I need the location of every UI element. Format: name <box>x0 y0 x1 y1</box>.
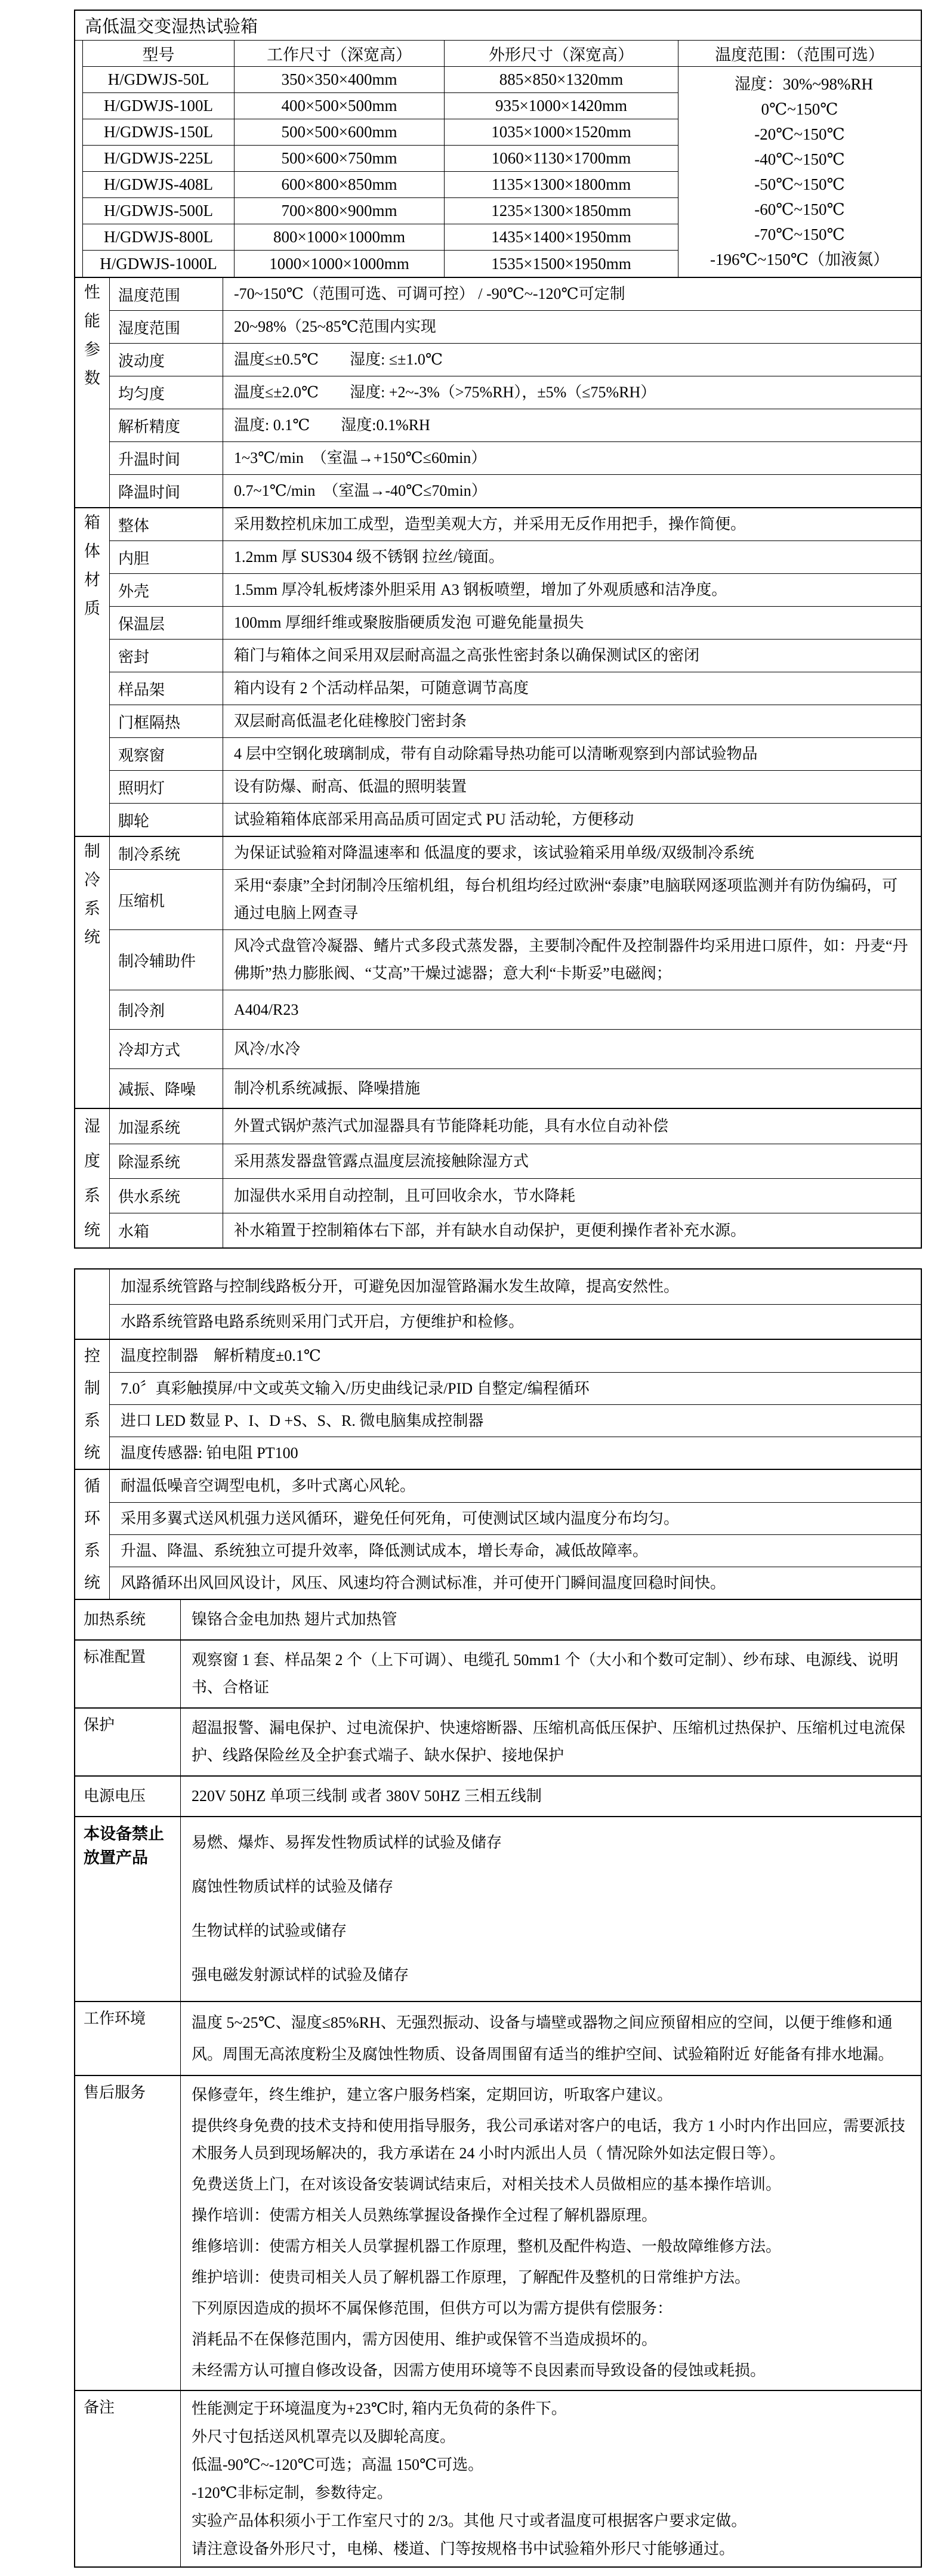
spec-row: 加湿系统管路与控制线路板分开，可避免因加湿管路漏水发生故障，提高安然性。 <box>110 1270 921 1304</box>
spec-row: 升温、降温、系统独立可提升效率，降低测试成本，增长寿命，减低故障率。 <box>110 1534 921 1567</box>
spec-value: 进口 LED 数显 P、I、D +S、S、R. 微电脑集成控制器 <box>110 1405 921 1437</box>
spec-value: 1.5mm 厚冷轧板烤漆外胆采用 A3 钢板喷塑，增加了外观质感和洁净度。 <box>223 574 921 606</box>
spec-value: 20~98%（25~85℃范围内实现 <box>223 311 921 343</box>
spec-row: 温度范围-70~150℃（范围可选、可调可控） / -90℃~-120℃可定制 <box>110 278 921 310</box>
model-outer-size: 1060×1130×1700mm <box>445 146 678 172</box>
spec-value-line: 未经需方认可擅自修改设备，因需方使用环境等不良因素而导致设备的侵蚀或耗损。 <box>192 2357 910 2385</box>
spec-row: 7.0〞真彩触摸屏/中文或英文输入/历史曲线记录/PID 自整定/编程循环 <box>110 1372 921 1404</box>
spec-value: 4 层中空钢化玻璃制成，带有自动除霜导热功能可以清晰观察到内部试验物品 <box>223 738 921 770</box>
spec-value: A404/R23 <box>223 990 921 1029</box>
spec-label: 脚轮 <box>110 804 223 836</box>
section-rows: 加湿系统管路与控制线路板分开，可避免因加湿管路漏水发生故障，提高安然性。 水路系… <box>110 1270 921 1339</box>
spec-label: 加湿系统 <box>110 1109 223 1144</box>
spec-row: 冷却方式风冷/水冷 <box>110 1029 921 1068</box>
temp-option: -50℃~150℃ <box>754 174 845 194</box>
spec-row: 加湿系统外置式锅炉蒸汽式加湿器具有节能降耗功能，具有水位自动补偿 <box>110 1109 921 1144</box>
model-outer-size: 935×1000×1420mm <box>445 93 678 119</box>
spec-label: 内胆 <box>110 541 223 573</box>
spec-value-line: 下列原因造成的损坏不属保修范围，但供方可以为需方提供有偿服务： <box>192 2295 910 2322</box>
models-header-temp-range: 温度范围：（范围可选） <box>678 41 921 67</box>
spec-row: 整体采用数控机床加工成型，造型美观大方，并采用无反作用把手，操作简便。 <box>110 508 921 540</box>
spec-row: 采用多翼式送风机强力送风循环，避免任何死角，可使测试区域内温度分布均匀。 <box>110 1502 921 1534</box>
section-rows: 温度范围-70~150℃（范围可选、可调可控） / -90℃~-120℃可定制 … <box>110 278 921 507</box>
section-refrigeration: 制冷系统 制冷系统为保证试验箱对降温速率和 低温度的要求，该试验箱采用单级/双级… <box>75 836 921 1108</box>
spec-label: 标准配置 <box>75 1641 181 1707</box>
model-work-size: 700×800×900mm <box>235 198 445 224</box>
spec-value-line: 提供终身免费的技术支持和使用指导服务，我公司承诺对客户的电话，我方 1 小时内作… <box>192 2112 910 2167</box>
spec-row: 除湿系统采用蒸发器盘管露点温度层流接触除湿方式 <box>110 1144 921 1178</box>
model-work-size: 400×500×500mm <box>235 93 445 119</box>
spec-label: 保温层 <box>110 607 223 639</box>
spec-value: 为保证试验箱对降温速率和 低温度的要求，该试验箱采用单级/双级制冷系统 <box>223 837 921 869</box>
spec-value: 采用蒸发器盘管露点温度层流接触除湿方式 <box>223 1144 921 1178</box>
spec-value: 采用“泰康”全封闭制冷压缩机组，每台机组均经过欧洲“泰康”电脑联网逐项监测并有防… <box>223 870 921 929</box>
section-side: 箱体材质 <box>75 508 110 836</box>
spec-value-line: 强电磁发射源试样的试验及储存 <box>192 1962 910 1989</box>
spec-value-line: 维修培训：使需方相关人员掌握机器工作原理，整机及配件构造、一般故障维修方法。 <box>192 2233 910 2260</box>
spec-value: 温度控制器 解析精度±0.1℃ <box>110 1340 921 1372</box>
model-outer-size: 885×850×1320mm <box>445 67 678 93</box>
spec-row: 风路循环出风回风设计，风压、风速均符合测试标准，并可使开门瞬间温度回稳时间快。 <box>110 1567 921 1599</box>
row-working-environment: 工作环境 温度 5~25℃、湿度≤85%RH、无强烈振动、设备与墙壁或器物之间应… <box>75 2001 921 2075</box>
spec-label: 制冷辅助件 <box>110 930 223 990</box>
spec-value-line: 维护培训：使贵司相关人员了解机器工作原理，了解配件及整机的日常维护方法。 <box>192 2264 910 2291</box>
spec-value: 箱内设有 2 个活动样品架，可随意调节高度 <box>223 672 921 705</box>
spec-value: 箱门与箱体之间采用双层耐高温之高张性密封条以确保测试区的密闭 <box>223 640 921 672</box>
spec-value: 0.7~1℃/min （室温→-40℃≤70min） <box>223 475 921 507</box>
spec-value: 220V 50HZ 单项三线制 或者 380V 50HZ 三相五线制 <box>181 1777 921 1816</box>
spec-value: 加湿供水采用自动控制，且可回收余水，节水降耗 <box>223 1179 921 1213</box>
spec-row: 耐温低噪音空调型电机，多叶式离心风轮。 <box>110 1470 921 1502</box>
spec-label: 售后服务 <box>75 2076 181 2390</box>
side-vertical-label: 箱体材质 <box>84 508 101 836</box>
model-work-size: 350×350×400mm <box>235 67 445 93</box>
spec-value-line: 低温-90℃~-120℃可选；高温 150℃可选。 <box>192 2451 910 2478</box>
row-remarks: 备注 性能测定于环境温度为+23℃时, 箱内无负荷的条件下。 外尺寸包括送风机罩… <box>75 2390 921 2566</box>
temp-option: -60℃~150℃ <box>754 199 845 220</box>
spec-value: 温度≤±0.5℃ 湿度: ≤±1.0℃ <box>223 344 921 376</box>
section-side: 性能参数 <box>75 278 110 507</box>
model-outer-size: 1135×1300×1800mm <box>445 172 678 198</box>
spec-label: 制冷剂 <box>110 990 223 1029</box>
spec-label: 水箱 <box>110 1213 223 1247</box>
spec-value: 风冷/水冷 <box>223 1030 921 1068</box>
model-name: H/GDWJS-150L <box>83 119 235 146</box>
model-work-size: 600×800×850mm <box>235 172 445 198</box>
model-outer-size: 1035×1000×1520mm <box>445 119 678 146</box>
spec-label: 解析精度 <box>110 409 223 441</box>
spec-row: 制冷系统为保证试验箱对降温速率和 低温度的要求，该试验箱采用单级/双级制冷系统 <box>110 837 921 869</box>
section-side: 控制系统 <box>75 1340 110 1469</box>
spec-value: 1.2mm 厚 SUS304 级不锈钢 拉丝/镜面。 <box>223 541 921 573</box>
section-rows: 制冷系统为保证试验箱对降温速率和 低温度的要求，该试验箱采用单级/双级制冷系统 … <box>110 837 921 1108</box>
spec-row: 密封箱门与箱体之间采用双层耐高温之高张性密封条以确保测试区的密闭 <box>110 639 921 672</box>
spec-value-line: 腐蚀性物质试样的试验及储存 <box>192 1873 910 1901</box>
spec-label: 除湿系统 <box>110 1144 223 1178</box>
spec-row: 供水系统加湿供水采用自动控制，且可回收余水，节水降耗 <box>110 1178 921 1213</box>
spec-row: 样品架箱内设有 2 个活动样品架，可随意调节高度 <box>110 672 921 705</box>
spec-value-line: 请注意设备外形尺寸，电梯、楼道、门等按规格书中试验箱外形尺寸能够通过。 <box>192 2535 910 2562</box>
spec-label: 波动度 <box>110 344 223 376</box>
section-control: 控制系统 温度控制器 解析精度±0.1℃ 7.0〞真彩触摸屏/中文或英文输入/历… <box>75 1339 921 1469</box>
spec-value: 双层耐高低温老化硅橡胶门密封条 <box>223 705 921 737</box>
section-side: 循环系统 <box>75 1470 110 1599</box>
spec-row: 内胆1.2mm 厚 SUS304 级不锈钢 拉丝/镜面。 <box>110 540 921 573</box>
spec-value: 超温报警、漏电保护、过电流保护、快速熔断器、压缩机高低压保护、压缩机过热保护、压… <box>181 1709 921 1775</box>
spec-label: 整体 <box>110 508 223 540</box>
section-rows: 加湿系统外置式锅炉蒸汽式加湿器具有节能降耗功能，具有水位自动补偿 除湿系统采用蒸… <box>110 1109 921 1247</box>
model-work-size: 1000×1000×1000mm <box>235 251 445 277</box>
spec-value: 镍铬合金电加热 翅片式加热管 <box>181 1600 921 1639</box>
side-vertical-label <box>84 1270 101 1339</box>
spec-value: 7.0〞真彩触摸屏/中文或英文输入/历史曲线记录/PID 自整定/编程循环 <box>110 1373 921 1404</box>
model-name: H/GDWJS-500L <box>83 198 235 224</box>
spec-label: 供水系统 <box>110 1179 223 1213</box>
spec-value: 采用多翼式送风机强力送风循环，避免任何死角，可使测试区域内温度分布均匀。 <box>110 1503 921 1534</box>
spec-label: 制冷系统 <box>110 837 223 869</box>
spec-value: 保修壹年，终生维护，建立客户服务档案，定期回访，听取客户建议。 提供终身免费的技… <box>181 2076 921 2390</box>
spec-label: 温度范围 <box>110 278 223 310</box>
row-after-sale-service: 售后服务 保修壹年，终生维护，建立客户服务档案，定期回访，听取客户建议。 提供终… <box>75 2075 921 2390</box>
spec-sheet-page: { "title": "高低温交变湿热试验箱", "models": { "he… <box>0 10 947 2568</box>
spec-value-line: 温度 5~25℃、湿度≤85%RH、无强烈振动、设备与墙壁或器物之间应预留相应的… <box>192 2007 910 2070</box>
spec-value-line: 220V 50HZ 单项三线制 或者 380V 50HZ 三相五线制 <box>192 1783 910 1810</box>
temp-option: -20℃~150℃ <box>754 124 845 144</box>
row-heating: 加热系统 镍铬合金电加热 翅片式加热管 <box>75 1599 921 1639</box>
spec-value: 升温、降温、系统独立可提升效率，降低测试成本，增长寿命，减低故障率。 <box>110 1535 921 1567</box>
spec-row: 温度传感器: 铂电阻 PT100 <box>110 1437 921 1469</box>
spec-row: 波动度温度≤±0.5℃ 湿度: ≤±1.0℃ <box>110 343 921 376</box>
spec-label: 照明灯 <box>110 771 223 803</box>
spec-value-line: 消耗品不在保修范围内，需方因使用、维护或保管不当造成损坏的。 <box>192 2326 910 2353</box>
spec-label: 本设备禁止放置产品 <box>75 1817 181 2001</box>
section-performance: 性能参数 温度范围-70~150℃（范围可选、可调可控） / -90℃~-120… <box>75 277 921 507</box>
section-cabinet-material: 箱体材质 整体采用数控机床加工成型，造型美观大方，并采用无反作用把手，操作简便。… <box>75 507 921 836</box>
spec-row: 保温层100mm 厚细纤维或聚胺脂硬质发泡 可避免能量损失 <box>110 606 921 639</box>
spec-value: 温度≤±2.0℃ 湿度: +2~-3%（>75%RH），±5%（≤75%RH） <box>223 376 921 409</box>
spec-value: 100mm 厚细纤维或聚胺脂硬质发泡 可避免能量损失 <box>223 607 921 639</box>
spec-label: 样品架 <box>110 672 223 705</box>
side-vertical-label: 性能参数 <box>84 278 101 507</box>
spec-row: 解析精度温度: 0.1℃ 湿度:0.1%RH <box>110 409 921 441</box>
models-header-work-size: 工作尺寸（深宽高） <box>235 41 445 67</box>
temp-option: -196℃~150℃（加液氮） <box>710 249 889 270</box>
spec-value: 制冷机系统减振、降噪措施 <box>223 1069 921 1108</box>
spec-row: 制冷辅助件风冷式盘管冷凝器、鳍片式多段式蒸发器，主要制冷配件及控制器件均采用进口… <box>110 929 921 990</box>
spec-label: 观察窗 <box>110 738 223 770</box>
spec-row: 降温时间0.7~1℃/min （室温→-40℃≤70min） <box>110 474 921 507</box>
spec-value: 水路系统管路电路系统则采用门式开启，方便维护和检修。 <box>110 1305 921 1339</box>
row-standard-config: 标准配置 观察窗 1 套、样品架 2 个（上下可调）、电缆孔 50mm1 个（大… <box>75 1639 921 1707</box>
temp-range-cell: 湿度：30%~98%RH 0℃~150℃ -20℃~150℃ -40℃~150℃… <box>678 67 921 277</box>
spec-value: 采用数控机床加工成型，造型美观大方，并采用无反作用把手，操作简便。 <box>223 508 921 540</box>
spec-value-line: 易燃、爆炸、易挥发性物质试样的试验及储存 <box>192 1829 910 1857</box>
spec-value-line: 性能测定于环境温度为+23℃时, 箱内无负荷的条件下。 <box>192 2395 910 2422</box>
spec-label: 压缩机 <box>110 870 223 929</box>
spec-value-line: 超温报警、漏电保护、过电流保护、快速熔断器、压缩机高低压保护、压缩机过热保护、压… <box>192 1715 910 1769</box>
spec-value: 1~3℃/min （室温→+150℃≤60min） <box>223 442 921 474</box>
spec-value: 外置式锅炉蒸汽式加湿器具有节能降耗功能，具有水位自动补偿 <box>223 1109 921 1144</box>
row-forbidden-products: 本设备禁止放置产品 易燃、爆炸、易挥发性物质试样的试验及储存 腐蚀性物质试样的试… <box>75 1816 921 2001</box>
page-title: 高低温交变湿热试验箱 <box>75 11 921 41</box>
section-rows: 耐温低噪音空调型电机，多叶式离心风轮。 采用多翼式送风机强力送风循环，避免任何死… <box>110 1470 921 1599</box>
model-name: H/GDWJS-1000L <box>83 251 235 277</box>
side-vertical-label: 控制系统 <box>84 1340 101 1469</box>
models-header-outer-size: 外形尺寸（深宽高） <box>445 41 678 67</box>
spec-value: -70~150℃（范围可选、可调可控） / -90℃~-120℃可定制 <box>223 278 921 310</box>
spec-label: 门框隔热 <box>110 705 223 737</box>
section-side <box>75 1270 110 1339</box>
model-name: H/GDWJS-100L <box>83 93 235 119</box>
model-outer-size: 1235×1300×1850mm <box>445 198 678 224</box>
section-side: 制冷系统 <box>75 837 110 1108</box>
spec-row: 湿度范围20~98%（25~85℃范围内实现 <box>110 310 921 343</box>
spec-row: 压缩机采用“泰康”全封闭制冷压缩机组，每台机组均经过欧洲“泰康”电脑联网逐项监测… <box>110 869 921 929</box>
model-name: H/GDWJS-225L <box>83 146 235 172</box>
spec-row: 照明灯设有防爆、耐高、低温的照明装置 <box>110 770 921 803</box>
spec-value: 设有防爆、耐高、低温的照明装置 <box>223 771 921 803</box>
spec-value: 性能测定于环境温度为+23℃时, 箱内无负荷的条件下。 外尺寸包括送风机罩壳以及… <box>181 2391 921 2566</box>
spec-row: 制冷剂A404/R23 <box>110 990 921 1029</box>
spec-label: 减振、降噪 <box>110 1069 223 1108</box>
spec-label: 保护 <box>75 1709 181 1775</box>
spec-value: 风路循环出风回风设计，风压、风速均符合测试标准，并可使开门瞬间温度回稳时间快。 <box>110 1567 921 1599</box>
model-work-size: 500×600×750mm <box>235 146 445 172</box>
spec-value-line: 生物试样的试验或储存 <box>192 1917 910 1945</box>
spec-row: 观察窗4 层中空钢化玻璃制成，带有自动除霜导热功能可以清晰观察到内部试验物品 <box>110 737 921 770</box>
spec-table-main: 高低温交变湿热试验箱 型号 工作尺寸（深宽高） 外形尺寸（深宽高） 温度范围：（… <box>74 10 922 1249</box>
spec-row: 减振、降噪制冷机系统减振、降噪措施 <box>110 1068 921 1108</box>
temp-option: -40℃~150℃ <box>754 149 845 169</box>
spec-value-line: 外尺寸包括送风机罩壳以及脚轮高度。 <box>192 2423 910 2450</box>
spec-row: 温度控制器 解析精度±0.1℃ <box>110 1340 921 1372</box>
section-humidity: 湿度系统 加湿系统外置式锅炉蒸汽式加湿器具有节能降耗功能，具有水位自动补偿 除湿… <box>75 1108 921 1247</box>
model-name: H/GDWJS-800L <box>83 224 235 251</box>
models-table-wrap: 型号 工作尺寸（深宽高） 外形尺寸（深宽高） 温度范围：（范围可选） 湿度：30… <box>75 41 921 277</box>
temp-option: -70℃~150℃ <box>754 224 845 245</box>
spec-value-line: 实验产品体积须小于工作室尺寸的 2/3。其他 尺寸或者温度可根据客户要求定做。 <box>192 2507 910 2534</box>
spec-row: 脚轮试验箱箱体底部采用高品质可固定式 PU 活动轮，方便移动 <box>110 803 921 836</box>
model-work-size: 500×500×600mm <box>235 119 445 146</box>
spec-value: 温度 5~25℃、湿度≤85%RH、无强烈振动、设备与墙壁或器物之间应预留相应的… <box>181 2002 921 2075</box>
spec-label: 降温时间 <box>110 475 223 507</box>
models-table: 型号 工作尺寸（深宽高） 外形尺寸（深宽高） 温度范围：（范围可选） 湿度：30… <box>82 41 921 277</box>
spec-row: 外壳1.5mm 厚冷轧板烤漆外胆采用 A3 钢板喷塑，增加了外观质感和洁净度。 <box>110 573 921 606</box>
spec-value-line: 免费送货上门，在对该设备安装调试结束后，对相关技术人员做相应的基本操作培训。 <box>192 2171 910 2198</box>
section-piping: 加湿系统管路与控制线路板分开，可避免因加湿管路漏水发生故障，提高安然性。 水路系… <box>75 1270 921 1339</box>
spec-value-line: 操作培训：使需方相关人员熟练掌握设备操作全过程了解机器原理。 <box>192 2202 910 2229</box>
spec-value: 温度传感器: 铂电阻 PT100 <box>110 1437 921 1469</box>
spec-value-line: 保修壹年，终生维护，建立客户服务档案，定期回访，听取客户建议。 <box>192 2081 910 2109</box>
spec-value: 易燃、爆炸、易挥发性物质试样的试验及储存 腐蚀性物质试样的试验及储存 生物试样的… <box>181 1817 921 2001</box>
row-power-supply: 电源电压 220V 50HZ 单项三线制 或者 380V 50HZ 三相五线制 <box>75 1775 921 1816</box>
spec-label: 均匀度 <box>110 376 223 409</box>
spec-label: 外壳 <box>110 574 223 606</box>
spec-value: 耐温低噪音空调型电机，多叶式离心风轮。 <box>110 1470 921 1502</box>
model-name: H/GDWJS-50L <box>83 67 235 93</box>
model-work-size: 800×1000×1000mm <box>235 224 445 251</box>
spec-label: 电源电压 <box>75 1777 181 1816</box>
spec-label: 加热系统 <box>75 1600 181 1639</box>
side-vertical-label: 湿度系统 <box>84 1109 101 1247</box>
spec-value: 观察窗 1 套、样品架 2 个（上下可调）、电缆孔 50mm1 个（大小和个数可… <box>181 1641 921 1707</box>
spec-label: 工作环境 <box>75 2002 181 2075</box>
spec-row: 水箱补水箱置于控制箱体右下部，并有缺水自动保护，更便利操作者补充水源。 <box>110 1213 921 1247</box>
section-side: 湿度系统 <box>75 1109 110 1247</box>
spec-label: 备注 <box>75 2391 181 2566</box>
spec-value: 风冷式盘管冷凝器、鳍片式多段式蒸发器，主要制冷配件及控制器件均采用进口原件，如：… <box>223 930 921 990</box>
model-outer-size: 1535×1500×1950mm <box>445 251 678 277</box>
temp-option: 0℃~150℃ <box>761 99 838 119</box>
temp-option: 湿度：30%~98%RH <box>726 74 873 94</box>
spec-label: 密封 <box>110 640 223 672</box>
spec-label: 升温时间 <box>110 442 223 474</box>
spec-table-secondary: 加湿系统管路与控制线路板分开，可避免因加湿管路漏水发生故障，提高安然性。 水路系… <box>74 1268 922 2568</box>
models-header-model: 型号 <box>83 41 235 67</box>
section-rows: 温度控制器 解析精度±0.1℃ 7.0〞真彩触摸屏/中文或英文输入/历史曲线记录… <box>110 1340 921 1469</box>
spec-label: 冷却方式 <box>110 1030 223 1068</box>
spec-value: 试验箱箱体底部采用高品质可固定式 PU 活动轮，方便移动 <box>223 804 921 836</box>
row-protection: 保护 超温报警、漏电保护、过电流保护、快速熔断器、压缩机高低压保护、压缩机过热保… <box>75 1707 921 1775</box>
section-circulation: 循环系统 耐温低噪音空调型电机，多叶式离心风轮。 采用多翼式送风机强力送风循环，… <box>75 1469 921 1599</box>
model-outer-size: 1435×1400×1950mm <box>445 224 678 251</box>
model-name: H/GDWJS-408L <box>83 172 235 198</box>
spec-row: 水路系统管路电路系统则采用门式开启，方便维护和检修。 <box>110 1304 921 1339</box>
spec-value: 温度: 0.1℃ 湿度:0.1%RH <box>223 409 921 441</box>
spec-label: 湿度范围 <box>110 311 223 343</box>
side-vertical-label: 制冷系统 <box>84 837 101 1108</box>
spec-row: 升温时间1~3℃/min （室温→+150℃≤60min） <box>110 441 921 474</box>
spec-value-line: -120℃非标定制，参数待定。 <box>192 2479 910 2506</box>
spec-value: 加湿系统管路与控制线路板分开，可避免因加湿管路漏水发生故障，提高安然性。 <box>110 1270 921 1304</box>
spec-value-line: 观察窗 1 套、样品架 2 个（上下可调）、电缆孔 50mm1 个（大小和个数可… <box>192 1647 910 1701</box>
section-rows: 整体采用数控机床加工成型，造型美观大方，并采用无反作用把手，操作简便。 内胆1.… <box>110 508 921 836</box>
spec-row: 门框隔热双层耐高低温老化硅橡胶门密封条 <box>110 705 921 737</box>
spec-value-line: 镍铬合金电加热 翅片式加热管 <box>192 1606 910 1633</box>
spec-row: 均匀度温度≤±2.0℃ 湿度: +2~-3%（>75%RH），±5%（≤75%R… <box>110 376 921 409</box>
spec-value: 补水箱置于控制箱体右下部，并有缺水自动保护，更便利操作者补充水源。 <box>223 1213 921 1247</box>
spec-row: 进口 LED 数显 P、I、D +S、S、R. 微电脑集成控制器 <box>110 1404 921 1437</box>
side-vertical-label: 循环系统 <box>84 1470 101 1599</box>
